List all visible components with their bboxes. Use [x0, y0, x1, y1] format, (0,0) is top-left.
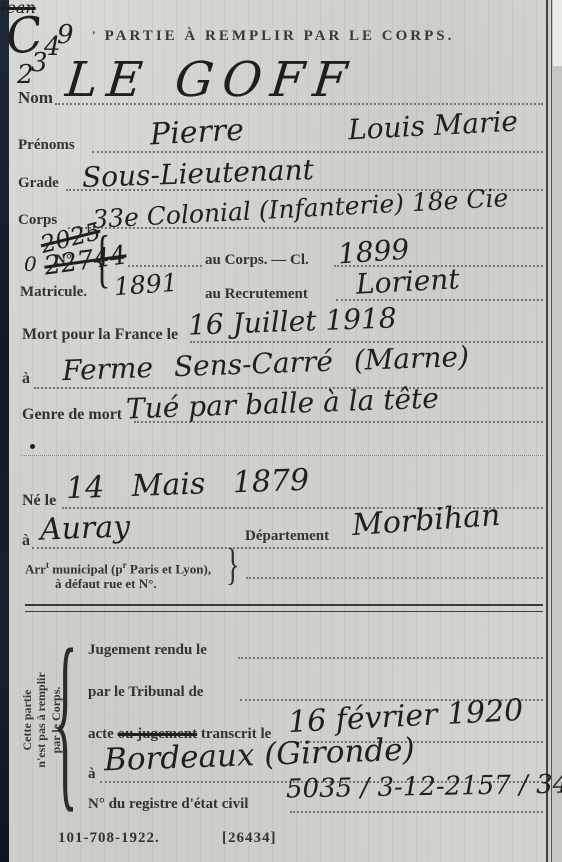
mort-date: 16 Juillet 1918 — [188, 304, 397, 339]
dotted-line — [336, 299, 543, 301]
ne-date: 14 Mais 1879 — [66, 466, 310, 504]
matricule-label: Matricule. — [20, 284, 87, 301]
ne-a-label: à — [22, 532, 30, 550]
header-tick: ' — [92, 28, 99, 43]
right-page-rule — [546, 0, 548, 862]
recrutement-value: Lorient — [355, 265, 460, 298]
au-corps-label: au Corps. — Cl. — [205, 252, 309, 269]
dotted-line — [290, 811, 543, 813]
footer-bracket: [26434] — [222, 830, 277, 847]
departement-label: Département — [245, 528, 329, 545]
zero-mark: 0 — [24, 254, 37, 274]
right-white-patch — [553, 0, 562, 66]
genre-label: Genre de mort — [22, 406, 122, 424]
transcrit-a-label: à — [88, 766, 96, 783]
ne-label: Né le — [22, 492, 56, 510]
footer-imprint: 101-708-1922. — [58, 830, 160, 847]
matricule-value: 1891 — [113, 270, 178, 299]
registre-label: N° du registre d'état civil — [88, 796, 248, 813]
grade-value: Sous-Lieutenant — [82, 156, 315, 192]
prenoms-label: Prénoms — [18, 137, 75, 154]
scanned-death-record-card: C 2 3 4 9 'PARTIE À REMPLIR PAR LE CORPS… — [0, 0, 562, 862]
prenoms-struck-word: Jean — [0, 0, 36, 16]
sidebar-line: n'est pas à remplir — [34, 640, 48, 800]
corner-digit-9: 9 — [57, 22, 74, 48]
dotted-line — [128, 265, 202, 267]
ink-dot — [30, 444, 35, 449]
dotted-line — [246, 577, 543, 579]
corps-label: Corps — [18, 212, 57, 229]
tribunal-label: par le Tribunal de — [88, 684, 203, 701]
sidebar-line: Cette partie — [20, 640, 34, 800]
nom-value: LE GOFF — [63, 56, 358, 104]
jugement-label: Jugement rendu le — [88, 642, 207, 659]
left-scan-border — [0, 0, 9, 862]
registre-value: 5035 / 3-12-2157 / 34 — [286, 772, 562, 803]
arr-brace: } — [226, 544, 239, 589]
mort-lieu-label: à — [22, 370, 30, 388]
ne-a-value: Auray — [40, 512, 131, 545]
transcription-brace: { — [53, 621, 78, 819]
nom-label: Nom — [18, 88, 53, 108]
page-title: PARTIE À REMPLIR PAR LE CORPS. — [105, 28, 455, 44]
header-row: 'PARTIE À REMPLIR PAR LE CORPS. — [92, 28, 454, 45]
classe-value: 1899 — [337, 236, 410, 269]
double-rule — [25, 604, 543, 612]
arr-line2: à défaut rue et N°. — [55, 576, 157, 592]
dotted-line — [238, 657, 543, 659]
dotted-line — [22, 455, 543, 456]
dotted-line — [32, 547, 543, 549]
au-recrutement-label: au Recrutement — [205, 286, 308, 303]
prenoms-first: Pierre — [149, 116, 244, 151]
grade-label: Grade — [18, 175, 59, 192]
right-edge-strip — [552, 0, 562, 862]
mort-label: Mort pour la France le — [22, 326, 178, 344]
arr-line1: Arrt municipal (pr Paris et Lyon), — [25, 560, 211, 577]
